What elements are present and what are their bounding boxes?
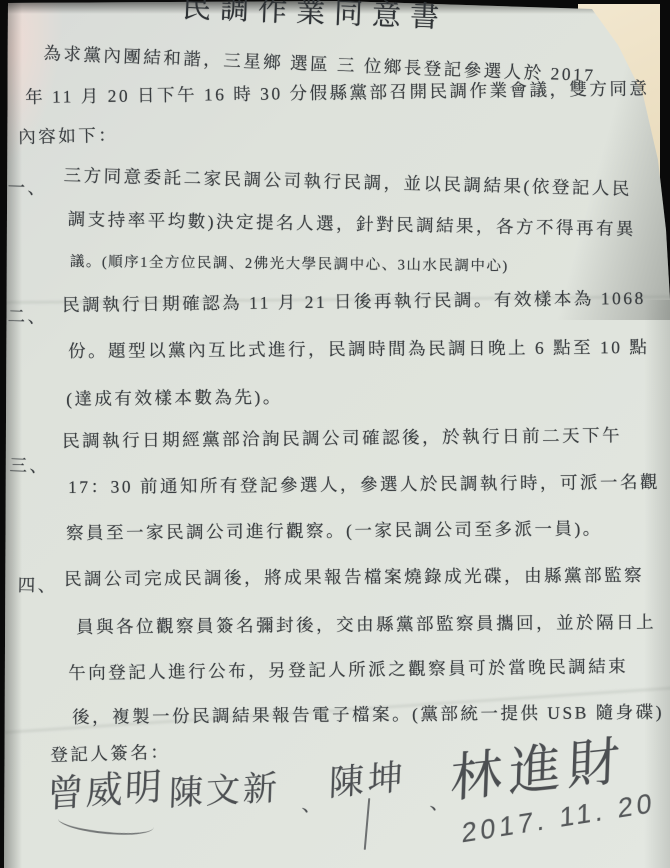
item-line: 議。(順序1全方位民調、2佛光大學民調中心、3山水民調中心) — [70, 250, 509, 276]
document-photo: 民調作業同意書 為求黨內團結和諧，三星鄉 選區 三 位鄉長登記參選人於 2017… — [0, 0, 670, 868]
item-line: 民調執行日期經黨部洽詢民調公司確認後，於執行日前二天下午 — [62, 422, 622, 453]
item-line: 17：30 前通知所有登記參選人，參選人於民調執行時，可派一名觀 — [68, 469, 660, 499]
item-line: 員與各位觀察員簽名彌封後，交由縣黨部監察員攜回，並於隔日上 — [76, 609, 656, 639]
item-line: 民調公司完成民調後，將成果報告檔案燒錄成光碟，由縣黨部監察 — [64, 562, 644, 591]
item-line: 份。題型以黨內互比式進行，民調時間為民調日晚上 6 點至 10 點 — [68, 334, 649, 363]
signature-separator: 、 — [428, 785, 450, 815]
item-line: 察員至一家民調公司進行觀察。(一家民調公司至多派一員)。 — [66, 515, 603, 545]
item-marker: 四、 — [18, 572, 58, 598]
signature-separator: 、 — [300, 787, 322, 817]
intro-line: 年 11 月 20 日下午 16 時 30 分假縣黨部召開民調作業會議，雙方同意 — [25, 75, 650, 109]
signature: 陳文新 — [168, 760, 281, 815]
document-text-layer: 民調作業同意書 為求黨內團結和諧，三星鄉 選區 三 位鄉長登記參選人於 2017… — [0, 0, 670, 868]
item-line: 民調執行日期確認為 11 月 21 日後再執行民調。有效樣本為 1068 — [62, 285, 646, 317]
item-line: 調支持率平均數)決定提名人選，針對民調結果，各方不得再有異 — [68, 206, 637, 241]
signature-pen-stroke — [364, 798, 371, 850]
item-line: (達成有效樣本數為先)。 — [66, 384, 283, 411]
item-marker: 一、 — [7, 174, 48, 200]
item-marker: 二、 — [7, 303, 48, 329]
intro-line: 內容如下： — [18, 122, 119, 149]
item-line: 三方同意委託二家民調公司執行民調，並以民調結果(依登記人民 — [63, 162, 632, 201]
item-line: 午向登記人進行公布，另登記人所派之觀察員可於當晚民調結束 — [68, 653, 628, 685]
item-marker: 三、 — [9, 452, 50, 478]
document-title: 民調作業同意書 — [181, 0, 448, 36]
